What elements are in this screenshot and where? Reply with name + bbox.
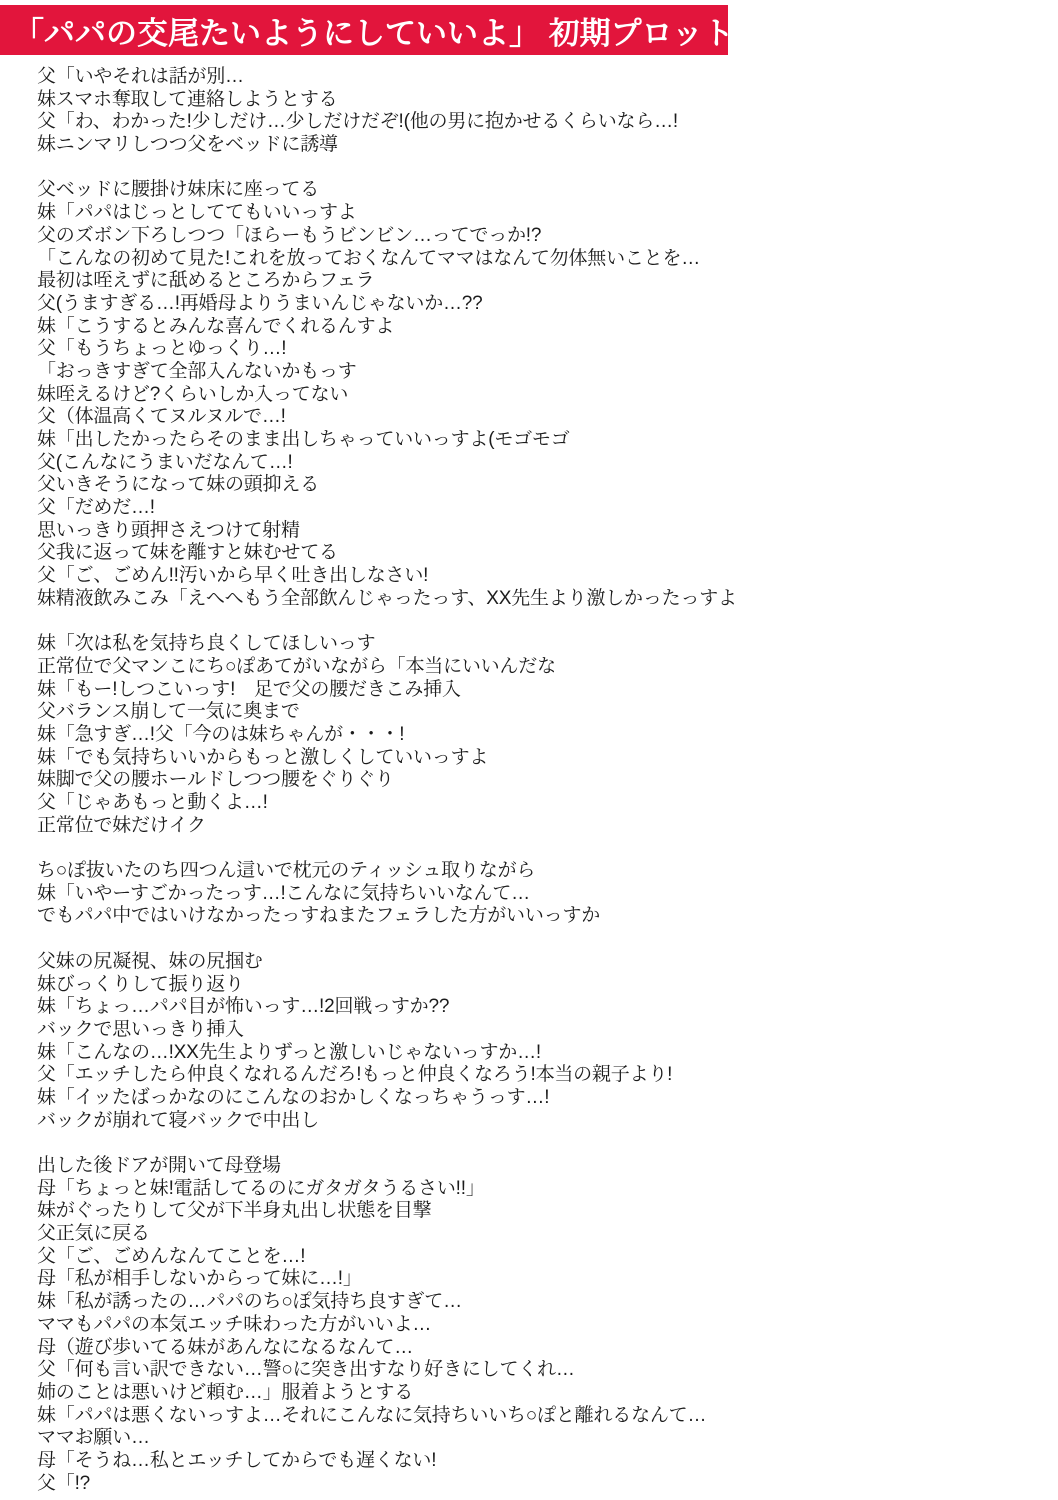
text-line: 母「そうね…私とエッチしてからでも遅くない! <box>37 1450 1037 1473</box>
text-line: 父ベッドに腰掛け妹床に座ってる <box>37 179 1037 202</box>
text-line: バックが崩れて寝バックで中出し <box>37 1110 1037 1133</box>
document-page: 「パパの交尾たいようにしていいよ」 初期プロット 父「いやそれは話が別…妹スマホ… <box>0 0 1058 1500</box>
text-line: 父妹の尻凝視、妹の尻掴む <box>37 951 1037 974</box>
text-line: 父「だめだ…! <box>37 497 1037 520</box>
text-line: 妹スマホ奪取して連絡しようとする <box>37 89 1037 112</box>
text-line: 妹脚で父の腰ホールドしつつ腰をぐりぐり <box>37 769 1037 792</box>
text-line: 妹精液飲みこみ「えへへもう全部飲んじゃったっす、XX先生より激しかったっすよ <box>37 588 1037 611</box>
text-line: 妹「イッたばっかなのにこんなのおかしくなっちゃうっす…! <box>37 1087 1037 1110</box>
text-line: 「こんなの初めて見た!これを放っておくなんてママはなんて勿体無いことを… <box>37 248 1037 271</box>
text-line: ち○ぽ抜いたのち四つん這いで枕元のティッシュ取りながら <box>37 860 1037 883</box>
text-line: 妹「出したかったらそのまま出しちゃっていいっすよ(モゴモゴ <box>37 429 1037 452</box>
text-line: 妹「いやーすごかったっす…!こんなに気持ちいいなんて… <box>37 883 1037 906</box>
text-line: 父「エッチしたら仲良くなれるんだろ!もっと仲良くなろう!本当の親子より! <box>37 1064 1037 1087</box>
text-line: 父のズボン下ろしつつ「ほらーもうビンビン…ってでっか!? <box>37 225 1037 248</box>
text-line: 姉のことは悪いけど頼む…」服着ようとする <box>37 1382 1037 1405</box>
header-banner: 「パパの交尾たいようにしていいよ」 初期プロット <box>0 5 728 55</box>
text-line <box>37 1132 1037 1155</box>
text-line: 父我に返って妹を離すと妹むせてる <box>37 542 1037 565</box>
text-line: 妹びっくりして振り返り <box>37 974 1037 997</box>
text-line: 父「いやそれは話が別… <box>37 66 1037 89</box>
text-line: 妹「ちょっ…パパ目が怖いっす…!2回戦っすか?? <box>37 996 1037 1019</box>
text-line: 妹「もー!しつこいっす! 足で父の腰だきこみ挿入 <box>37 679 1037 702</box>
text-line: 妹「私が誘ったの…パパのち○ぽ気持ち良すぎて… <box>37 1291 1037 1314</box>
text-line <box>37 837 1037 860</box>
text-line <box>37 157 1037 180</box>
text-line: 妹「でも気持ちいいからもっと激しくしていいっすよ <box>37 747 1037 770</box>
text-line: 父「もうちょっとゆっくり…! <box>37 338 1037 361</box>
text-line: 父「何も言い訳できない…警○に突き出すなり好きにしてくれ… <box>37 1359 1037 1382</box>
text-line: 父正気に戻る <box>37 1223 1037 1246</box>
text-line: 父「じゃあもっと動くよ…! <box>37 792 1037 815</box>
plot-lines: 父「いやそれは話が別…妹スマホ奪取して連絡しようとする父「わ、わかった!少しだけ… <box>37 66 1037 1495</box>
page-title: 「パパの交尾たいようにしていいよ」 初期プロット <box>13 8 728 53</box>
text-line: 母「ちょっと妹!電話してるのにガタガタうるさい!!」 <box>37 1178 1037 1201</box>
text-line: ママお願い… <box>37 1427 1037 1450</box>
text-line: 父(こんなにうまいだなんて…! <box>37 452 1037 475</box>
text-line: 父「ご、ごめんなんてことを…! <box>37 1246 1037 1269</box>
text-line: 母（遊び歩いてる妹があんなになるなんて… <box>37 1337 1037 1360</box>
text-line: 妹ニンマリしつつ父をベッドに誘導 <box>37 134 1037 157</box>
text-line: ママもパパの本気エッチ味わった方がいいよ… <box>37 1314 1037 1337</box>
text-line: 妹「次は私を気持ち良くしてほしいっす <box>37 633 1037 656</box>
text-line: 父「わ、わかった!少しだけ…少しだけだぞ!(他の男に抱かせるくらいなら…! <box>37 111 1037 134</box>
text-line <box>37 928 1037 951</box>
text-line <box>37 611 1037 634</box>
text-line: 「おっきすぎて全部入んないかもっす <box>37 361 1037 384</box>
text-line: 妹咥えるけど?くらいしか入ってない <box>37 384 1037 407</box>
text-line: 妹「こうするとみんな喜んでくれるんすよ <box>37 316 1037 339</box>
text-line: 出した後ドアが開いて母登場 <box>37 1155 1037 1178</box>
text-line: 妹「パパはじっとしててもいいっすよ <box>37 202 1037 225</box>
text-line: 思いっきり頭押さえつけて射精 <box>37 520 1037 543</box>
text-line: 父「ご、ごめん!!汚いから早く吐き出しなさい! <box>37 565 1037 588</box>
text-line: 妹「こんなの…!XX先生よりずっと激しいじゃないっすか…! <box>37 1042 1037 1065</box>
text-line: 最初は咥えずに舐めるところからフェラ <box>37 270 1037 293</box>
text-line: 母「私が相手しないからって妹に…!」 <box>37 1268 1037 1291</box>
text-line: 父いきそうになって妹の頭抑える <box>37 474 1037 497</box>
text-line: 妹「急すぎ…!父「今のは妹ちゃんが・・・! <box>37 724 1037 747</box>
text-line: 正常位で妹だけイク <box>37 815 1037 838</box>
text-line: バックで思いっきり挿入 <box>37 1019 1037 1042</box>
text-line: 妹がぐったりして父が下半身丸出し状態を目撃 <box>37 1200 1037 1223</box>
text-line: でもパパ中ではいけなかったっすねまたフェラした方がいいっすか <box>37 905 1037 928</box>
text-line: 父(うますぎる…!再婚母よりうまいんじゃないか…?? <box>37 293 1037 316</box>
text-line: 妹「パパは悪くないっすよ…それにこんなに気持ちいいち○ぽと離れるなんて… <box>37 1405 1037 1428</box>
text-line: 正常位で父マンこにち○ぽあてがいながら「本当にいいんだな <box>37 656 1037 679</box>
text-line: 父（体温高くてヌルヌルで…! <box>37 406 1037 429</box>
text-line: 父「!? <box>37 1473 1037 1496</box>
text-line: 父バランス崩して一気に奥まで <box>37 701 1037 724</box>
